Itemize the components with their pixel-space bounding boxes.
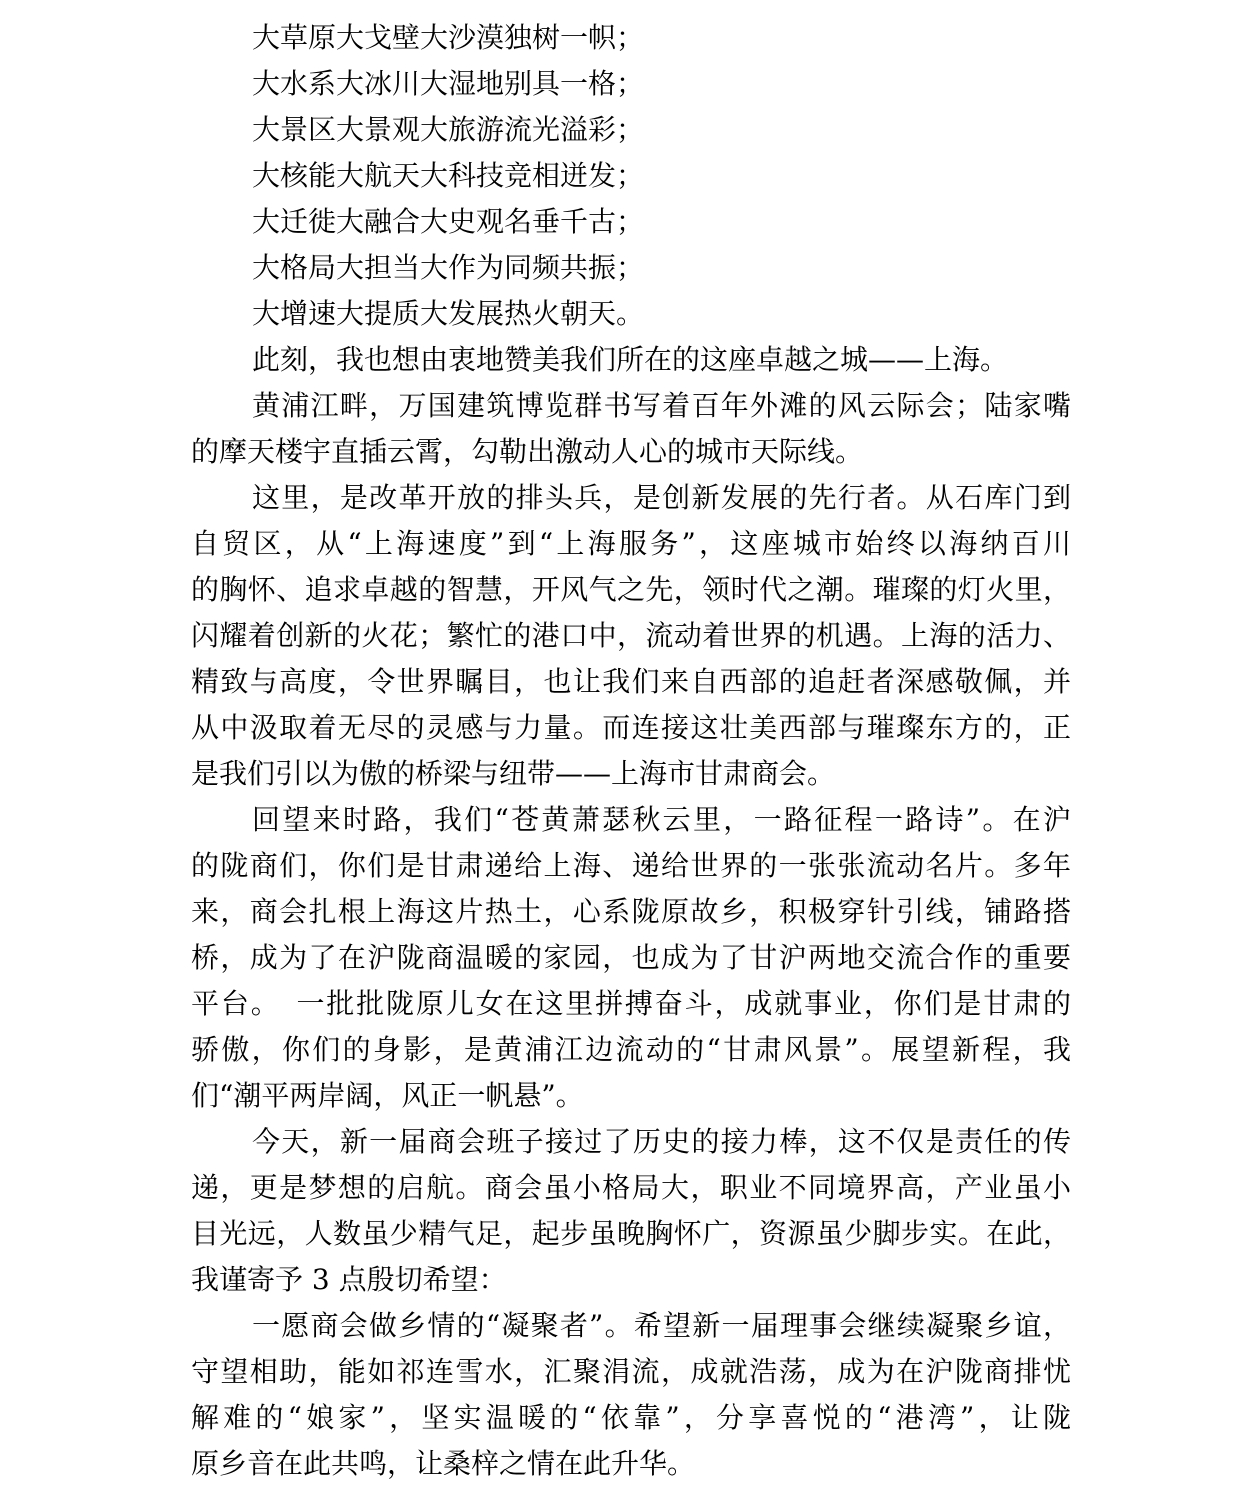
text-line: 闪耀着创新的火花；繁忙的港口中，流动着世界的机遇。上海的活力、 — [191, 613, 1071, 659]
text-line: 此刻，我也想由衷地赞美我们所在的这座卓越之城——上海。 — [191, 337, 1071, 383]
text-line: 这里，是改革开放的排头兵，是创新发展的先行者。从石库门到 — [191, 475, 1071, 521]
text-line: 解难的“娘家”，坚实温暖的“依靠”，分享喜悦的“港湾”，让陇 — [191, 1395, 1071, 1441]
text-line: 守望相助，能如祁连雪水，汇聚涓流，成就浩荡，成为在沪陇商排忧 — [191, 1349, 1071, 1395]
text-line: 平台。 一批批陇原儿女在这里拼搏奋斗，成就事业，你们是甘肃的 — [191, 981, 1071, 1027]
text-line: 目光远，人数虽少精气足，起步虽晚胸怀广，资源虽少脚步实。在此， — [191, 1211, 1071, 1257]
text-line: 自贸区，从“上海速度”到“上海服务”，这座城市始终以海纳百川 — [191, 521, 1071, 567]
text-line: 大景区大景观大旅游流光溢彩； — [191, 107, 1071, 153]
document-page: 大草原大戈壁大沙漠独树一帜； 大水系大冰川大湿地别具一格； 大景区大景观大旅游流… — [0, 0, 1260, 1489]
text-line: 们“潮平两岸阔，风正一帆悬”。 — [191, 1073, 1071, 1119]
text-line: 大水系大冰川大湿地别具一格； — [191, 61, 1071, 107]
text-line: 的摩天楼宇直插云霄，勾勒出激动人心的城市天际线。 — [191, 429, 1071, 475]
text-line: 大核能大航天大科技竞相迸发； — [191, 153, 1071, 199]
text-line: 大迁徙大融合大史观名垂千古； — [191, 199, 1071, 245]
text-line: 今天，新一届商会班子接过了历史的接力棒，这不仅是责任的传 — [191, 1119, 1071, 1165]
text-line: 骄傲，你们的身影，是黄浦江边流动的“甘肃风景”。展望新程，我 — [191, 1027, 1071, 1073]
text-line: 来，商会扎根上海这片热土，心系陇原故乡，积极穿针引线，铺路搭 — [191, 889, 1071, 935]
text-line: 黄浦江畔，万国建筑博览群书写着百年外滩的风云际会；陆家嘴 — [191, 383, 1071, 429]
text-line: 从中汲取着无尽的灵感与力量。而连接这壮美西部与璀璨东方的，正 — [191, 705, 1071, 751]
text-line: 大增速大提质大发展热火朝天。 — [191, 291, 1071, 337]
text-line: 精致与高度，令世界瞩目，也让我们来自西部的追赶者深感敬佩，并 — [191, 659, 1071, 705]
text-line: 原乡音在此共鸣，让桑梓之情在此升华。 — [191, 1441, 1071, 1487]
text-line: 大草原大戈壁大沙漠独树一帜； — [191, 15, 1071, 61]
document-body: 大草原大戈壁大沙漠独树一帜； 大水系大冰川大湿地别具一格； 大景区大景观大旅游流… — [191, 15, 1071, 1487]
text-line: 一愿商会做乡情的“凝聚者”。希望新一届理事会继续凝聚乡谊， — [191, 1303, 1071, 1349]
text-line: 回望来时路，我们“苍黄萧瑟秋云里，一路征程一路诗”。在沪 — [191, 797, 1071, 843]
text-line: 递，更是梦想的启航。商会虽小格局大，职业不同境界高，产业虽小 — [191, 1165, 1071, 1211]
text-line: 的胸怀、追求卓越的智慧，开风气之先，领时代之潮。璀璨的灯火里， — [191, 567, 1071, 613]
text-line: 的陇商们，你们是甘肃递给上海、递给世界的一张张流动名片。多年 — [191, 843, 1071, 889]
text-line: 桥，成为了在沪陇商温暖的家园，也成为了甘沪两地交流合作的重要 — [191, 935, 1071, 981]
text-line: 是我们引以为傲的桥梁与纽带——上海市甘肃商会。 — [191, 751, 1071, 797]
text-line: 我谨寄予 3 点殷切希望： — [191, 1257, 1071, 1303]
text-line: 大格局大担当大作为同频共振； — [191, 245, 1071, 291]
